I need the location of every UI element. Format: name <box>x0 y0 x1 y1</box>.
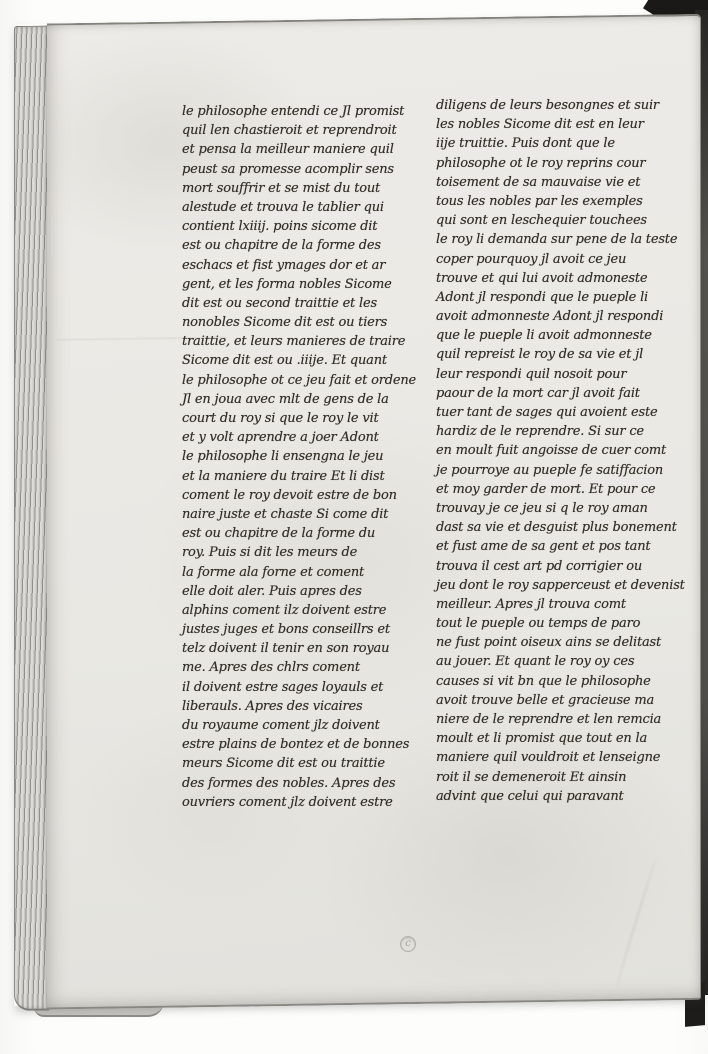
manuscript-line: que le pueple li avoit admonneste <box>436 326 678 345</box>
manuscript-line: traittie, et leurs manieres de traire <box>182 332 424 351</box>
manuscript-line: roy. Puis si dit les meurs de <box>182 543 424 562</box>
photograph-of-manuscript: le philosophe entendi ce Jl promistquil … <box>0 0 708 1054</box>
manuscript-line: court du roy si que le roy le vit <box>182 409 424 428</box>
manuscript-line: je pourroye au pueple fe satiffacion <box>436 461 678 480</box>
parchment-wrinkle <box>615 857 657 988</box>
manuscript-line: iije truittie. Puis dont que le <box>436 134 678 153</box>
manuscript-line: philosophe ot le roy reprins cour <box>436 154 678 173</box>
manuscript-line: liberauls. Apres des vicaires <box>182 697 424 716</box>
manuscript-line: et fust ame de sa gent et pos tant <box>436 537 678 556</box>
manuscript-line: Sicome dit est ou .iiije. Et quant <box>182 351 424 370</box>
manuscript-line: roit il se demeneroit Et ainsin <box>436 768 678 787</box>
page-edges-stack <box>14 25 49 1011</box>
manuscript-line: avoit trouve belle et gracieuse ma <box>436 691 678 710</box>
manuscript-line: et pensa la meilleur maniere quil <box>182 140 424 159</box>
manuscript-line: ne fust point oiseux ains se delitast <box>436 633 678 652</box>
manuscript-line: dast sa vie et desguist plus bonement <box>436 518 678 537</box>
manuscript-line: jeu dont le roy sapperceust et devenist <box>436 576 678 595</box>
manuscript-line: hardiz de le reprendre. Si sur ce <box>436 422 678 441</box>
manuscript-line: quil repreist le roy de sa vie et jl <box>436 345 678 364</box>
manuscript-line: advint que celui qui paravant <box>436 787 678 806</box>
manuscript-line: contient lxiiij. poins sicome dit <box>182 217 424 236</box>
manuscript-line: Adont jl respondi que le pueple li <box>436 288 678 307</box>
manuscript-line: et y volt aprendre a joer Adont <box>182 428 424 447</box>
manuscript-line: trouva il cest art pd corrigier ou <box>436 557 678 576</box>
manuscript-line: il doivent estre sages loyauls et <box>182 678 424 697</box>
text-column-right: diligens de leurs besongnes et suirles n… <box>436 96 678 806</box>
manuscript-line: quil len chastieroit et reprendroit <box>182 121 424 140</box>
manuscript-line: elle doit aler. Puis apres des <box>182 582 424 601</box>
manuscript-line: en moult fuit angoisse de cuer comt <box>436 441 678 460</box>
manuscript-line: nonobles Sicome dit est ou tiers <box>182 313 424 332</box>
manuscript-line: le philosophe li ensengna le jeu <box>182 447 424 466</box>
manuscript-line: niere de le reprendre et len remcia <box>436 710 678 729</box>
manuscript-line: diligens de leurs besongnes et suir <box>436 96 678 115</box>
manuscript-line: eschacs et fist ymages dor et ar <box>182 256 424 275</box>
manuscript-line: qui sont en leschequier touchees <box>436 211 678 230</box>
manuscript-line: estre plains de bontez et de bonnes <box>182 735 424 754</box>
manuscript-line: tout le pueple ou temps de paro <box>436 614 678 633</box>
manuscript-line: trouve et qui lui avoit admoneste <box>436 269 678 288</box>
manuscript-line: et la maniere du traire Et li dist <box>182 467 424 486</box>
manuscript-line: alestude et trouva le tablier qui <box>182 198 424 217</box>
manuscript-line: gent, et les forma nobles Sicome <box>182 275 424 294</box>
manuscript-line: me. Apres des chlrs coment <box>182 658 424 677</box>
manuscript-line: meilleur. Apres jl trouva comt <box>436 595 678 614</box>
manuscript-line: du royaume coment jlz doivent <box>182 716 424 735</box>
manuscript-line: naire juste et chaste Si come dit <box>182 505 424 524</box>
manuscript-line: et moy garder de mort. Et pour ce <box>436 480 678 499</box>
manuscript-line: Jl en joua avec mlt de gens de la <box>182 390 424 409</box>
manuscript-line: le philosophe ot ce jeu fait et ordene <box>182 371 424 390</box>
manuscript-line: toisement de sa mauvaise vie et <box>436 173 678 192</box>
manuscript-line: coper pourquoy jl avoit ce jeu <box>436 250 678 269</box>
manuscript-line: ouvriers coment jlz doivent estre <box>182 793 424 812</box>
manuscript-line: peust sa promesse acomplir sens <box>182 160 424 179</box>
manuscript-line: la forme ala forne et coment <box>182 563 424 582</box>
manuscript-line: est ou chapitre de la forme du <box>182 524 424 543</box>
manuscript-line: leur respondi quil nosoit pour <box>436 365 678 384</box>
manuscript-line: moult et li promist que tout en la <box>436 729 678 748</box>
manuscript-line: dit est ou second traittie et les <box>182 294 424 313</box>
manuscript-line: mort souffrir et se mist du tout <box>182 179 424 198</box>
manuscript-line: avoit admonneste Adont jl respondi <box>436 307 678 326</box>
manuscript-line: le roy li demanda sur pene de la teste <box>436 230 678 249</box>
manuscript-line: telz doivent il tenir en son royau <box>182 639 424 658</box>
manuscript-line: paour de la mort car jl avoit fait <box>436 384 678 403</box>
manuscript-line: est ou chapitre de la forme des <box>182 236 424 255</box>
manuscript-line: tous les nobles par les exemples <box>436 192 678 211</box>
manuscript-line: tuer tant de sages qui avoient este <box>436 403 678 422</box>
text-column-left: le philosophe entendi ce Jl promistquil … <box>182 102 424 812</box>
manuscript-line: maniere quil vouldroit et lenseigne <box>436 748 678 767</box>
manuscript-line: le philosophe entendi ce Jl promist <box>182 102 424 121</box>
manuscript-line: trouvay je ce jeu si q le roy aman <box>436 499 678 518</box>
manuscript-line: causes si vit bn que le philosophe <box>436 672 678 691</box>
manuscript-line: meurs Sicome dit est ou traittie <box>182 754 424 773</box>
manuscript-line: alphins coment ilz doivent estre <box>182 601 424 620</box>
manuscript-line: au jouer. Et quant le roy oy ces <box>436 652 678 671</box>
manuscript-line: des formes des nobles. Apres des <box>182 774 424 793</box>
manuscript-line: les nobles Sicome dit est en leur <box>436 115 678 134</box>
manuscript-line: justes juges et bons conseillrs et <box>182 620 424 639</box>
manuscript-line: coment le roy devoit estre de bon <box>182 486 424 505</box>
quire-mark: c <box>400 936 416 952</box>
